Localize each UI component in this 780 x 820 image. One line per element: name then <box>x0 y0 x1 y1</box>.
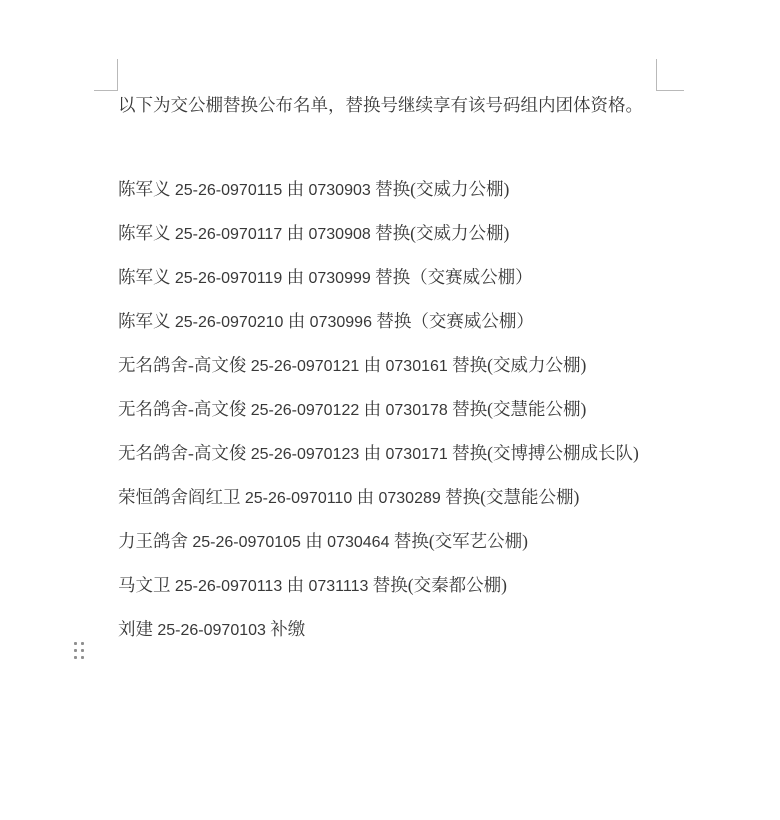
action-note: 替换（交赛威公棚） <box>376 311 534 331</box>
replacement-entry: 陈军义 25-26-0970210 由 0730996 替换（交赛威公棚） <box>118 300 698 344</box>
by-word: 由 <box>288 311 306 331</box>
replacement-entry: 刘建 25-26-0970103 补缴 <box>118 608 698 652</box>
replacement-number: 0730161 <box>386 358 448 375</box>
grip-dot <box>81 656 84 659</box>
action-note: 替换(交军艺公棚) <box>394 531 528 551</box>
by-word: 由 <box>364 399 382 419</box>
fancier-name: 无名鸽舍-高文俊 <box>118 443 246 463</box>
replacement-entry: 无名鸽舍-高文俊 25-26-0970122 由 0730178 替换(交慧能公… <box>118 388 698 432</box>
ring-number: 25-26-0970113 <box>175 578 282 595</box>
ring-number: 25-26-0970115 <box>175 182 282 199</box>
ring-number: 25-26-0970121 <box>251 358 360 375</box>
ring-number: 25-26-0970117 <box>175 226 282 243</box>
drag-handle-icon[interactable] <box>74 642 84 659</box>
replacement-number: 0730996 <box>310 314 372 331</box>
ring-number: 25-26-0970122 <box>251 402 360 419</box>
replacement-number: 0730999 <box>308 270 370 287</box>
action-note: 替换(交慧能公棚) <box>445 487 579 507</box>
blank-line <box>118 126 698 168</box>
action-note: 替换(交秦都公棚) <box>373 575 507 595</box>
grip-dot <box>81 642 84 645</box>
fancier-name: 马文卫 <box>118 575 171 595</box>
crop-mark-top-left-horizontal-icon <box>94 90 118 91</box>
grip-dot <box>74 642 77 645</box>
replacement-entry: 力王鸽舍 25-26-0970105 由 0730464 替换(交军艺公棚) <box>118 520 698 564</box>
replacement-number: 0730289 <box>378 490 440 507</box>
replacement-entry: 陈军义 25-26-0970119 由 0730999 替换（交赛威公棚） <box>118 256 698 300</box>
replacement-number: 0731113 <box>308 578 368 595</box>
replacement-list: 陈军义 25-26-0970115 由 0730903 替换(交威力公棚)陈军义… <box>118 168 698 652</box>
replacement-number: 0730908 <box>308 226 370 243</box>
replacement-number: 0730903 <box>308 182 370 199</box>
by-word: 由 <box>287 575 305 595</box>
grip-dot <box>74 656 77 659</box>
document-page[interactable]: 以下为交公棚替换公布名单，替换号继续享有该号码组内团体资格。 陈军义 25-26… <box>0 0 780 820</box>
fancier-name: 刘建 <box>118 619 153 639</box>
by-word: 由 <box>305 531 323 551</box>
replacement-number: 0730464 <box>327 534 389 551</box>
fancier-name: 陈军义 <box>118 267 171 287</box>
by-word: 由 <box>287 267 305 287</box>
replacement-entry: 陈军义 25-26-0970115 由 0730903 替换(交威力公棚) <box>118 168 698 212</box>
replacement-entry: 荣恒鸽舍阎红卫 25-26-0970110 由 0730289 替换(交慧能公棚… <box>118 476 698 520</box>
by-word: 由 <box>364 443 382 463</box>
action-note: 替换（交赛威公棚） <box>375 267 533 287</box>
ring-number: 25-26-0970210 <box>175 314 284 331</box>
action-note: 替换(交博搏公棚成长队) <box>452 443 639 463</box>
replacement-entry: 陈军义 25-26-0970117 由 0730908 替换(交威力公棚) <box>118 212 698 256</box>
action-note: 替换(交威力公棚) <box>375 223 509 243</box>
replacement-number: 0730171 <box>386 446 448 463</box>
grip-dot <box>74 649 77 652</box>
fancier-name: 无名鸽舍-高文俊 <box>118 399 246 419</box>
action-note: 替换(交威力公棚) <box>375 179 509 199</box>
fancier-name: 力王鸽舍 <box>118 531 188 551</box>
replacement-entry: 无名鸽舍-高文俊 25-26-0970121 由 0730161 替换(交威力公… <box>118 344 698 388</box>
action-note: 替换(交威力公棚) <box>452 355 586 375</box>
fancier-name: 陈军义 <box>118 223 171 243</box>
fancier-name: 陈军义 <box>118 179 171 199</box>
replacement-entry: 马文卫 25-26-0970113 由 0731113 替换(交秦都公棚) <box>118 564 698 608</box>
ring-number: 25-26-0970110 <box>245 490 352 507</box>
replacement-number: 0730178 <box>386 402 448 419</box>
fancier-name: 无名鸽舍-高文俊 <box>118 355 246 375</box>
ring-number: 25-26-0970105 <box>192 534 301 551</box>
by-word: 由 <box>287 179 305 199</box>
fancier-name: 荣恒鸽舍阎红卫 <box>118 487 241 507</box>
action-note: 替换(交慧能公棚) <box>452 399 586 419</box>
ring-number: 25-26-0970103 <box>157 622 266 639</box>
fancier-name: 陈军义 <box>118 311 171 331</box>
by-word: 由 <box>357 487 375 507</box>
document-text: 以下为交公棚替换公布名单，替换号继续享有该号码组内团体资格。 陈军义 25-26… <box>118 84 698 652</box>
grip-dot <box>81 649 84 652</box>
ring-number: 25-26-0970119 <box>175 270 282 287</box>
intro-text: 以下为交公棚替换公布名单，替换号继续享有该号码组内团体资格。 <box>118 84 698 126</box>
action-note: 补缴 <box>270 619 305 639</box>
by-word: 由 <box>364 355 382 375</box>
replacement-entry: 无名鸽舍-高文俊 25-26-0970123 由 0730171 替换(交博搏公… <box>118 432 698 476</box>
ring-number: 25-26-0970123 <box>251 446 360 463</box>
by-word: 由 <box>287 223 305 243</box>
